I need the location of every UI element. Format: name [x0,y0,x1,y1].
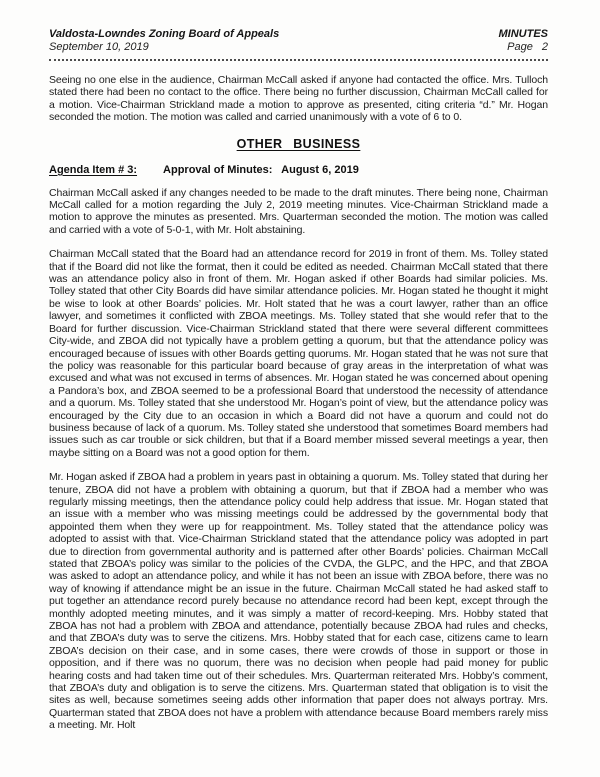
header-right: MINUTES Page2 [499,28,549,54]
document-header: Valdosta-Lowndes Zoning Board of Appeals… [49,28,548,54]
document-type-label: MINUTES [499,28,549,41]
dotted-divider [49,59,548,61]
page-number-value: 2 [542,41,548,53]
paragraph-attendance-policy-discussion: Chairman McCall stated that the Board ha… [49,248,548,459]
paragraph-minutes-approval: Chairman McCall asked if any changes nee… [49,187,548,237]
organization-name: Valdosta-Lowndes Zoning Board of Appeals [49,28,279,41]
meeting-date: September 10, 2019 [49,41,279,54]
agenda-item-title: Approval of Minutes: August 6, 2019 [163,164,359,176]
agenda-item-heading: Agenda Item # 3:Approval of Minutes: Aug… [49,164,548,176]
page-word: Page [507,41,533,53]
section-heading-text: OTHER BUSINESS [237,137,361,151]
header-left: Valdosta-Lowndes Zoning Board of Appeals… [49,28,279,54]
paragraph-quorum-discussion: Mr. Hogan asked if ZBOA had a problem in… [49,471,548,732]
paragraph-audience-motion: Seeing no one else in the audience, Chai… [49,74,548,124]
section-heading-other-business: OTHER BUSINESS [49,137,548,151]
page-number: Page2 [499,41,549,54]
document-page: Valdosta-Lowndes Zoning Board of Appeals… [0,0,600,777]
agenda-item-label: Agenda Item # 3: [49,164,137,176]
